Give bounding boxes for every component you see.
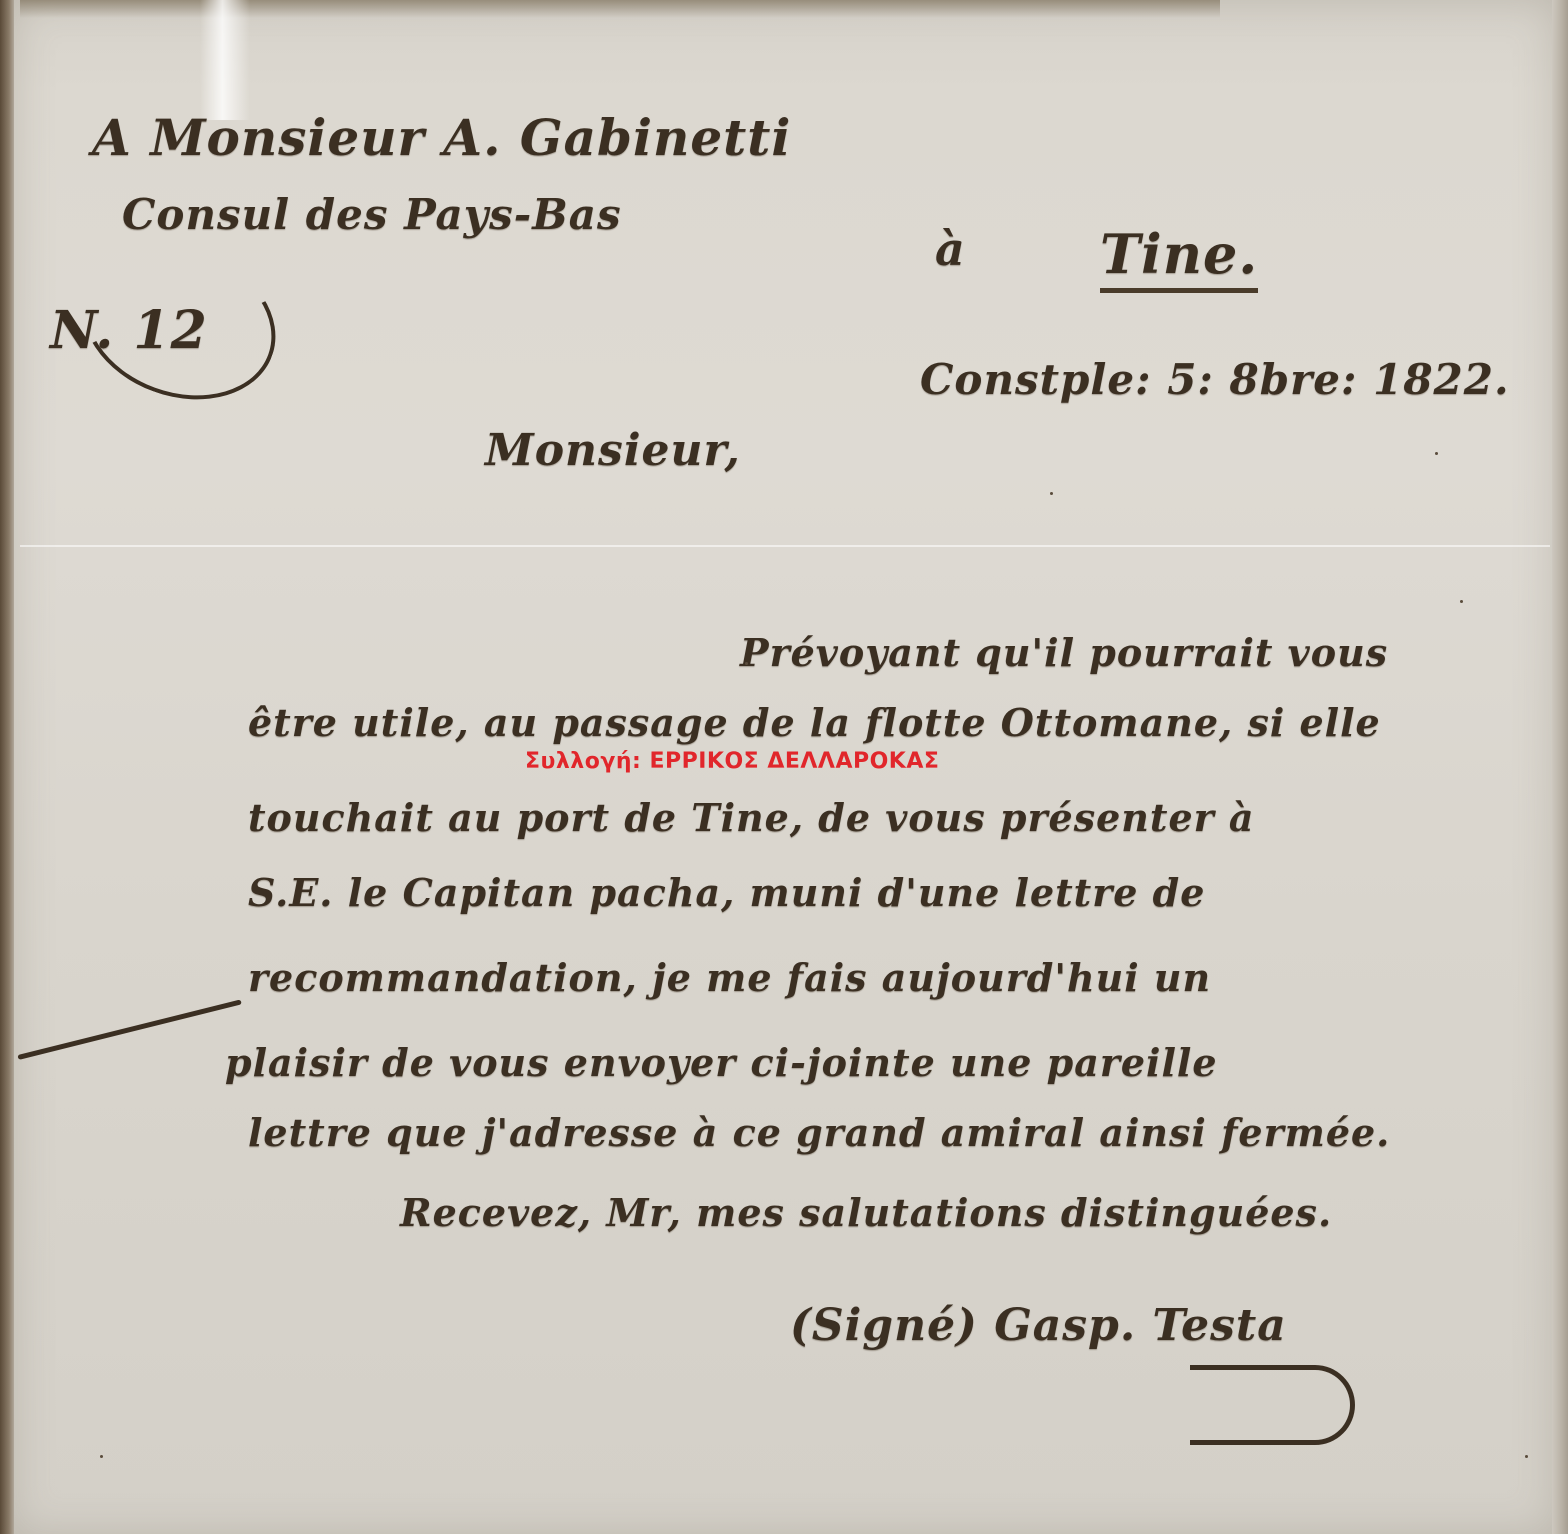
place-name: Tine. xyxy=(1100,222,1258,293)
body-line-4: S.E. le Capitan pacha, muni d'une lettre… xyxy=(248,870,1205,915)
paper-speck xyxy=(1525,1455,1528,1458)
signature-flourish xyxy=(1190,1365,1355,1445)
fold-line xyxy=(20,545,1550,547)
body-line-1: Prévoyant qu'il pourrait vous xyxy=(740,630,1388,675)
closing-line: Recevez, Mr, mes salutations distinguées… xyxy=(400,1190,1332,1235)
body-line-7: lettre que j'adresse à ce grand amiral a… xyxy=(248,1110,1390,1155)
paper-speck xyxy=(1460,600,1463,603)
place-prefix: à xyxy=(935,222,966,276)
address-line-1: A Monsieur A. Gabinetti xyxy=(92,108,791,167)
salutation: Monsieur, xyxy=(485,425,741,476)
collection-watermark: Συλλογή: ΕΡΡΙΚΟΣ ΔΕΛΛΑΡΟΚΑΣ xyxy=(525,749,939,774)
body-line-2: être utile, au passage de la flotte Otto… xyxy=(248,700,1381,745)
paper-speck xyxy=(1435,452,1438,455)
address-line-2: Consul des Pays-Bas xyxy=(122,190,622,239)
body-line-3: touchait au port de Tine, de vous présen… xyxy=(248,795,1255,840)
paper-speck xyxy=(1050,492,1053,495)
body-line-6: plaisir de vous envoyer ci-jointe une pa… xyxy=(225,1040,1218,1085)
paper-speck xyxy=(745,662,748,665)
paper-right-edge xyxy=(1552,0,1568,1534)
dateline: Constple: 5: 8bre: 1822. xyxy=(920,355,1510,404)
body-line-5: recommandation, je me fais aujourd'hui u… xyxy=(248,955,1211,1000)
fold-crease-highlight xyxy=(200,0,250,120)
paper-speck xyxy=(100,1455,103,1458)
signature: (Signé) Gasp. Testa xyxy=(790,1300,1287,1351)
